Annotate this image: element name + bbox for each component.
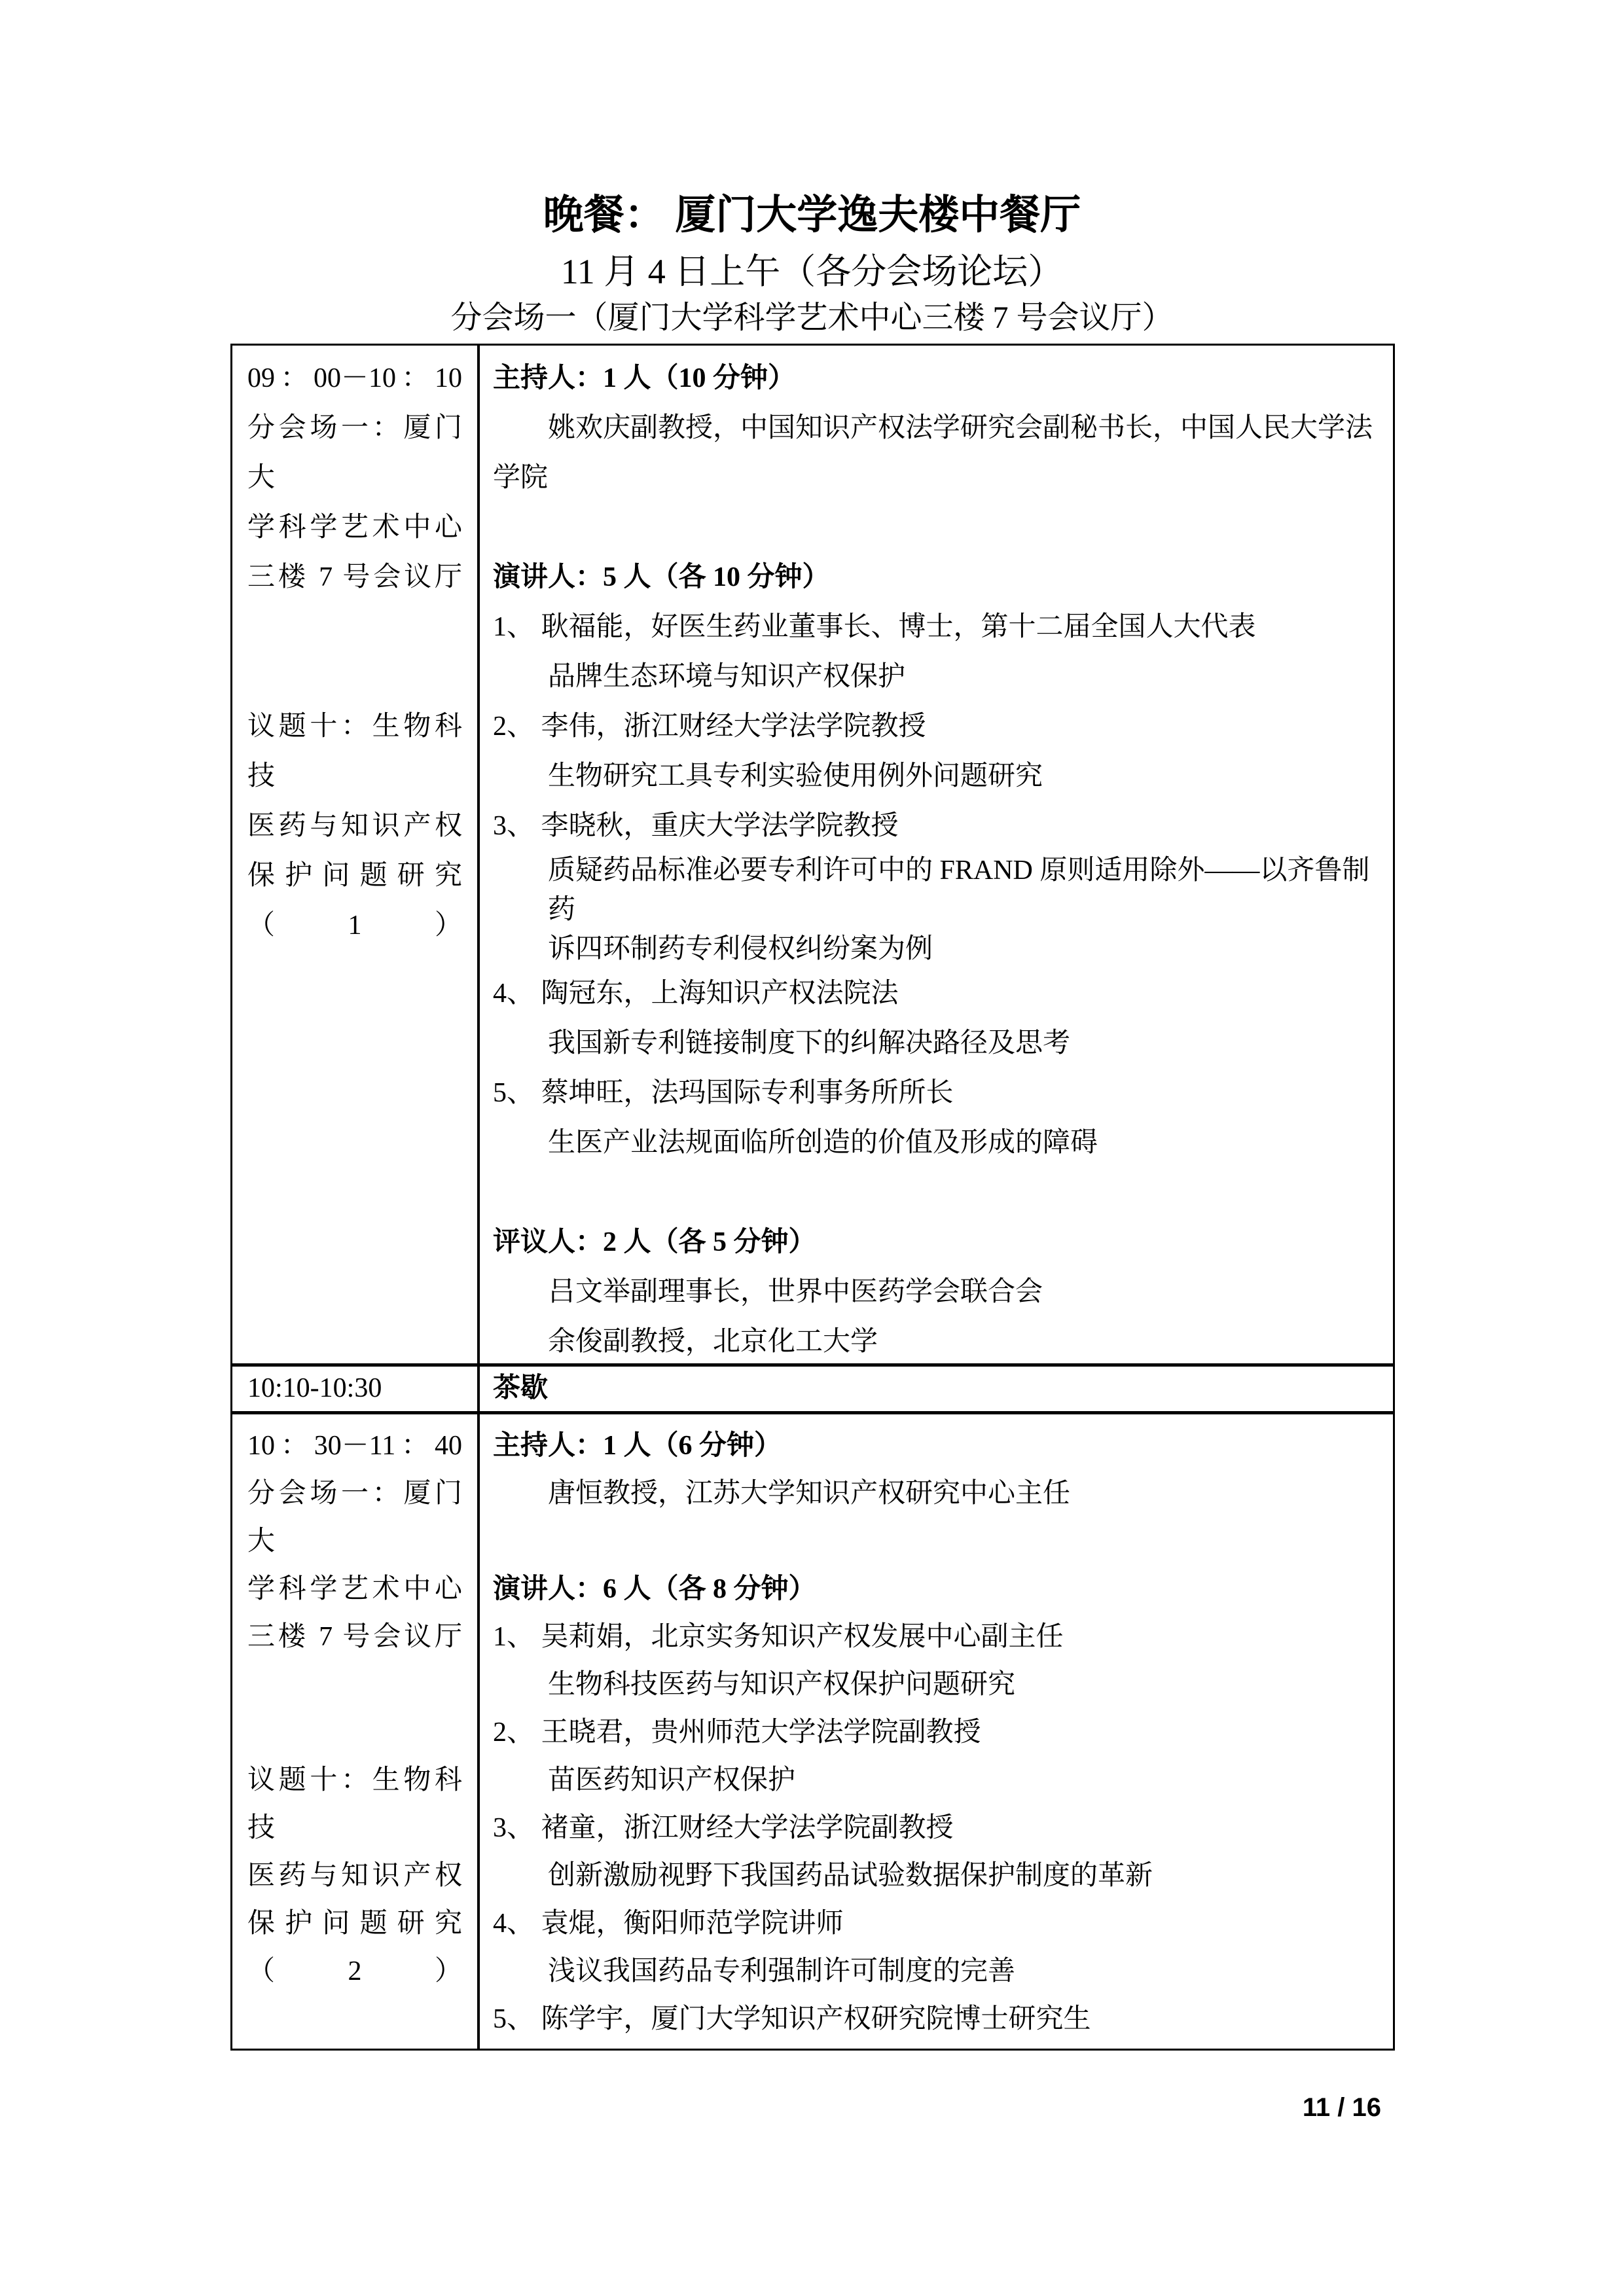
text-line: 三楼 7 号会议厅 [247, 1613, 462, 1661]
text-line: 分会场一：厦门大 [247, 403, 462, 503]
text-line: 1、 耿福能，好医生药业董事长、博士，第十二届全国人大代表 [493, 602, 1384, 652]
schedule-table: 09：00－10：10分会场一：厦门大学科学艺术中心三楼 7 号会议厅议题十：生… [230, 344, 1395, 2051]
text-line: 生物研究工具专利实验使用例外问题研究 [493, 751, 1384, 801]
text-line: 保护问题研究（2） [247, 1900, 462, 1996]
text-line: 10:10-10:30 [247, 1367, 462, 1410]
text-line: 唐恒教授，江苏大学知识产权研究中心主任 [493, 1470, 1384, 1518]
text-line: 姚欢庆副教授，中国知识产权法学研究会副秘书长，中国人民大学法 [493, 403, 1384, 453]
details-cell: 主持人：1 人（10 分钟）姚欢庆副教授，中国知识产权法学研究会副秘书长，中国人… [480, 346, 1393, 1363]
text-line: 1、 吴莉娟，北京实务知识产权发展中心副主任 [493, 1613, 1384, 1661]
text-line: 2、 李伟，浙江财经大学法学院教授 [493, 702, 1384, 751]
text-line: 学院 [493, 453, 1384, 503]
text-line: 10：30－11：40 [247, 1422, 462, 1470]
page-subtitle-date: 11 月 4 日上午（各分会场论坛） [0, 251, 1624, 292]
table-row-session-2: 10：30－11：40分会场一：厦门大学科学艺术中心三楼 7 号会议厅议题十：生… [232, 1414, 1393, 2049]
spacer-line [247, 1709, 462, 1757]
page-subtitle-venue: 分会场一（厦门大学科学艺术中心三楼 7 号会议厅） [0, 300, 1624, 336]
text-line: 我国新专利链接制度下的纠解决路径及思考 [493, 1018, 1384, 1068]
text-line: 医药与知识产权 [247, 1852, 462, 1900]
text-line: 生物科技医药与知识产权保护问题研究 [493, 1661, 1384, 1709]
text-line: 评议人：2 人（各 5 分钟） [493, 1217, 1384, 1267]
text-line: 学科学艺术中心 [247, 503, 462, 552]
time-cell: 10:10-10:30 [232, 1367, 480, 1411]
page-number: 11 / 16 [1113, 2093, 1381, 2123]
spacer-line [493, 1168, 1384, 1217]
details-cell: 茶歇 [480, 1367, 1393, 1411]
time-cell: 10：30－11：40分会场一：厦门大学科学艺术中心三楼 7 号会议厅议题十：生… [232, 1414, 480, 2049]
table-row-tea-break: 10:10-10:30 茶歇 [232, 1363, 1393, 1414]
text-line: 主持人：1 人（10 分钟） [493, 353, 1384, 403]
text-line: 吕文举副理事长，世界中医药学会联合会 [493, 1267, 1384, 1317]
table-row-session-1: 09：00－10：10分会场一：厦门大学科学艺术中心三楼 7 号会议厅议题十：生… [232, 346, 1393, 1363]
text-line: 3、 褚童，浙江财经大学法学院副教授 [493, 1804, 1384, 1852]
text-line: 2、 王晓君，贵州师范大学法学院副教授 [493, 1709, 1384, 1757]
text-line: 余俊副教授，北京化工大学 [493, 1317, 1384, 1363]
text-line: 医药与知识产权 [247, 801, 462, 851]
time-cell: 09：00－10：10分会场一：厦门大学科学艺术中心三楼 7 号会议厅议题十：生… [232, 346, 480, 1363]
text-line: 创新激励视野下我国药品试验数据保护制度的革新 [493, 1852, 1384, 1900]
spacer-line [493, 503, 1384, 552]
text-line: 演讲人：6 人（各 8 分钟） [493, 1566, 1384, 1613]
text-line: 分会场一：厦门大 [247, 1470, 462, 1566]
text-line: 茶歇 [493, 1367, 1384, 1410]
spacer-line [493, 1518, 1384, 1566]
text-line: 浅议我国药品专利强制许可制度的完善 [493, 1948, 1384, 1996]
details-cell: 主持人：1 人（6 分钟）唐恒教授，江苏大学知识产权研究中心主任演讲人：6 人（… [480, 1414, 1393, 2049]
spacer-line [247, 602, 462, 652]
text-line: 4、 陶冠东，上海知识产权法院法 [493, 969, 1384, 1018]
text-line: 三楼 7 号会议厅 [247, 552, 462, 602]
text-line: 保护问题研究（1） [247, 851, 462, 950]
text-line: 3、 李晓秋，重庆大学法学院教授 [493, 801, 1384, 851]
text-line: 演讲人：5 人（各 10 分钟） [493, 552, 1384, 602]
spacer-line [247, 1661, 462, 1709]
text-line: 品牌生态环境与知识产权保护 [493, 652, 1384, 702]
document-page: 晚餐： 厦门大学逸夫楼中餐厅 11 月 4 日上午（各分会场论坛） 分会场一（厦… [0, 0, 1624, 2296]
text-line: 09：00－10：10 [247, 353, 462, 403]
text-line: 质疑药品标准必要专利许可中的 FRAND 原则适用除外——以齐鲁制药 [493, 851, 1384, 929]
text-line: 5、 陈学宇，厦门大学知识产权研究院博士研究生 [493, 1996, 1384, 2043]
text-line: 学科学艺术中心 [247, 1566, 462, 1613]
text-line: 苗医药知识产权保护 [493, 1757, 1384, 1804]
text-line: 议题十：生物科技 [247, 1757, 462, 1852]
text-line: 主持人：1 人（6 分钟） [493, 1422, 1384, 1470]
page-title: 晚餐： 厦门大学逸夫楼中餐厅 [0, 192, 1624, 239]
text-line: 5、 蔡坤旺，法玛国际专利事务所所长 [493, 1068, 1384, 1118]
text-line: 诉四环制药专利侵权纠纷案为例 [493, 929, 1384, 969]
text-line: 议题十：生物科技 [247, 702, 462, 801]
text-line: 生医产业法规面临所创造的价值及形成的障碍 [493, 1118, 1384, 1168]
spacer-line [247, 652, 462, 702]
text-line: 4、 袁焜，衡阳师范学院讲师 [493, 1900, 1384, 1948]
